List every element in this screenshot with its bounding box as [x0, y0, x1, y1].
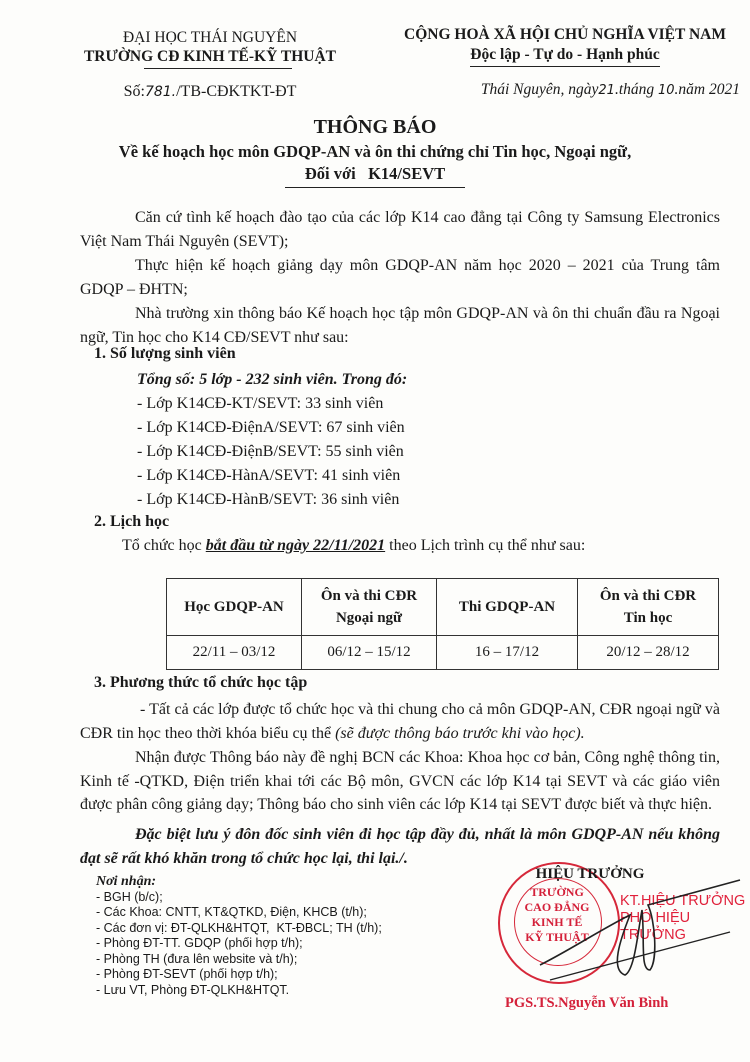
schedule-value-cell: 20/12 – 28/12 — [578, 636, 719, 670]
class-item: - Lớp K14CĐ-HànB/SEVT: 36 sinh viên — [137, 488, 407, 512]
schedule-value-cell: 22/11 – 03/12 — [167, 636, 302, 670]
recipients-heading: Nơi nhận: — [96, 874, 382, 890]
section-3-paragraph-2: Nhận được Thông báo này đề nghị BCN các … — [80, 746, 720, 817]
schedule-header-cell: Thi GDQP-AN — [437, 579, 578, 636]
schedule-header-cell: Học GDQP-AN — [167, 579, 302, 636]
document-subtitle: Về kế hoạch học môn GDQP-AN và ôn thi ch… — [0, 141, 750, 188]
subtitle-line2: Đối với K14/SEVT — [285, 163, 465, 188]
class-item: - Lớp K14CĐ-KT/SEVT: 33 sinh viên — [137, 392, 407, 416]
recipient-item: - BGH (b/c); — [96, 890, 382, 906]
schedule-intro-tail: theo Lịch trình cụ thể như sau: — [385, 537, 585, 554]
start-date-emphasis: bắt đầu từ ngày 22/11/2021 — [206, 537, 385, 554]
doc-no-prefix: Số: — [124, 83, 145, 100]
schedule-header-cell: Ôn và thi CĐRNgoại ngữ — [302, 579, 437, 636]
section-3-p1-italic: (sẽ được thông báo trước khi vào học). — [335, 725, 585, 742]
recipients-list: Nơi nhận: - BGH (b/c); - Các Khoa: CNTT,… — [96, 874, 382, 998]
date-year: năm 2021 — [678, 81, 740, 98]
signer-name: PGS.TS.Nguyễn Văn Bình — [505, 995, 668, 1012]
date-month-label: tháng — [619, 81, 654, 98]
signature-scribble-icon — [530, 870, 750, 990]
schedule-intro: Tổ chức học bắt đầu từ ngày 22/11/2021 t… — [122, 537, 585, 555]
student-count-list: Tổng số: 5 lớp - 232 sinh viên. Trong đó… — [137, 368, 407, 512]
subtitle-line1: Về kế hoạch học môn GDQP-AN và ôn thi ch… — [0, 141, 750, 163]
section-2-heading: 2. Lịch học — [94, 513, 169, 531]
document-number: Số:781./TB-CĐKTKT-ĐT — [60, 83, 360, 101]
section-3-paragraph-1: - Tất cả các lớp được tổ chức học và thi… — [80, 698, 720, 745]
recipient-item: - Lưu VT, Phòng ĐT-QLKH&HTQT. — [96, 983, 382, 999]
schedule-value-cell: 06/12 – 15/12 — [302, 636, 437, 670]
section-1-heading: 1. Số lượng sinh viên — [94, 345, 236, 363]
date-month: 10 — [658, 83, 675, 98]
section-3-heading: 3. Phương thức tổ chức học tập — [94, 674, 307, 692]
issuer-header: ĐẠI HỌC THÁI NGUYÊN TRƯỜNG CĐ KINH TẾ-KỸ… — [60, 28, 360, 69]
recipient-item: - Phòng ĐT-SEVT (phối hợp t/h); — [96, 967, 382, 983]
date-prefix: Thái Nguyên, ngày — [481, 81, 599, 98]
class-item: - Lớp K14CĐ-ĐiệnB/SEVT: 55 sinh viên — [137, 440, 407, 464]
header-rule — [144, 68, 292, 69]
doc-no-suffix: /TB-CĐKTKT-ĐT — [176, 83, 296, 100]
intro-paragraph-2: Thực hiện kế hoạch giảng dạy môn GDQP-AN… — [80, 254, 720, 301]
student-total: Tổng số: 5 lớp - 232 sinh viên. Trong đó… — [137, 368, 407, 392]
recipient-item: - Các Khoa: CNTT, KT&QTKD, Điện, KHCB (t… — [96, 905, 382, 921]
intro-paragraph-1: Căn cứ tình kế hoạch đào tạo của các lớp… — [80, 206, 720, 253]
schedule-table: Học GDQP-ANÔn và thi CĐRNgoại ngữThi GDQ… — [166, 578, 719, 670]
schedule-header-cell: Ôn và thi CĐRTin học — [578, 579, 719, 636]
college-name: TRƯỜNG CĐ KINH TẾ-KỸ THUẬT — [60, 47, 360, 66]
national-motto: Độc lập - Tự do - Hạnh phúc — [470, 45, 659, 67]
issue-date: Thái Nguyên, ngày21.tháng 10.năm 2021 — [420, 81, 740, 99]
university-name: ĐẠI HỌC THÁI NGUYÊN — [60, 28, 360, 47]
schedule-table-wrap: Học GDQP-ANÔn và thi CĐRNgoại ngữThi GDQ… — [166, 578, 719, 670]
class-item: - Lớp K14CĐ-ĐiệnA/SEVT: 67 sinh viên — [137, 416, 407, 440]
doc-no-handwritten: 781. — [145, 84, 176, 100]
intro-paragraph-3: Nhà trường xin thông báo Kế hoạch học tậ… — [80, 302, 720, 349]
schedule-value-cell: 16 – 17/12 — [437, 636, 578, 670]
class-item: - Lớp K14CĐ-HànA/SEVT: 41 sinh viên — [137, 464, 407, 488]
recipient-item: - Phòng TH (đưa lên website và t/h); — [96, 952, 382, 968]
date-day: 21 — [598, 83, 615, 98]
recipient-item: - Các đơn vị: ĐT-QLKH&HTQT, KT-ĐBCL; TH … — [96, 921, 382, 937]
national-header: CỘNG HOÀ XÃ HỘI CHỦ NGHĨA VIỆT NAM Độc l… — [385, 25, 745, 67]
document-title: THÔNG BÁO — [0, 116, 750, 139]
national-title: CỘNG HOÀ XÃ HỘI CHỦ NGHĨA VIỆT NAM — [385, 25, 745, 45]
important-note: Đặc biệt lưu ý đôn đốc sinh viên đi học … — [80, 823, 720, 870]
recipient-item: - Phòng ĐT-TT. GDQP (phối hợp t/h); — [96, 936, 382, 952]
schedule-intro-text: Tổ chức học — [122, 537, 206, 554]
